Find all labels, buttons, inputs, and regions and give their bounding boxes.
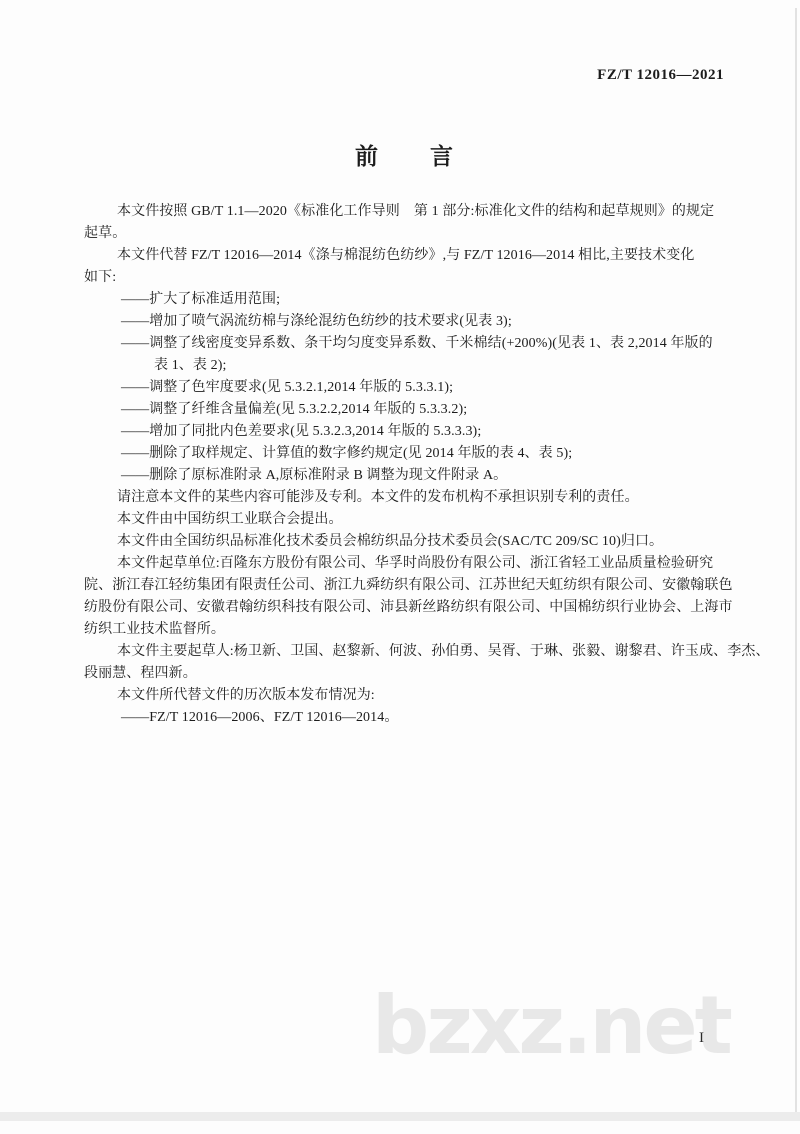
- foreword-body: 本文件按照 GB/T 1.1—2020《标准化工作导则 第 1 部分:标准化文件…: [84, 201, 726, 729]
- foreword-change-item: ——删除了取样规定、计算值的数字修约规定(见 2014 年版的表 4、表 5);: [84, 443, 726, 465]
- foreword-line: 本文件所代替文件的历次版本发布情况为:: [84, 685, 726, 707]
- standard-code: FZ/T 12016—2021: [597, 67, 724, 84]
- foreword-change-item: ——调整了色牢度要求(见 5.3.2.1,2014 年版的 5.3.3.1);: [84, 377, 726, 399]
- foreword-line: 本文件由全国纺织品标准化技术委员会棉纺织品分技术委员会(SAC/TC 209/S…: [84, 531, 726, 553]
- foreword-line: ——FZ/T 12016—2006、FZ/T 12016—2014。: [84, 707, 726, 729]
- foreword-line: 院、浙江春江轻纺集团有限责任公司、浙江九舜纺织有限公司、江苏世纪天虹纺织有限公司…: [84, 575, 726, 597]
- scan-edge-bottom: [0, 1112, 800, 1121]
- foreword-line: 纺股份有限公司、安徽君翰纺织科技有限公司、沛县新丝路纺织有限公司、中国棉纺织行业…: [84, 597, 726, 619]
- foreword-line: 如下:: [84, 267, 726, 289]
- foreword-line: 纺织工业技术监督所。: [84, 619, 726, 641]
- foreword-line: 请注意本文件的某些内容可能涉及专利。本文件的发布机构不承担识别专利的责任。: [84, 487, 726, 509]
- foreword-change-item: ——增加了喷气涡流纺棉与涤纶混纺色纺纱的技术要求(见表 3);: [84, 311, 726, 333]
- foreword-change-item-cont: 表 1、表 2);: [84, 355, 726, 377]
- foreword-change-item: ——删除了原标准附录 A,原标准附录 B 调整为现文件附录 A。: [84, 465, 726, 487]
- page-title: 前 言: [84, 138, 726, 171]
- document-page: FZ/T 12016—2021 前 言 本文件按照 GB/T 1.1—2020《…: [0, 0, 800, 1134]
- foreword-line: 本文件由中国纺织工业联合会提出。: [84, 509, 726, 531]
- foreword-line: 段丽慧、程四新。: [84, 663, 726, 685]
- scan-edge-right: [795, 8, 797, 1112]
- page-number: I: [699, 1030, 704, 1047]
- foreword-line: 本文件主要起草人:杨卫新、卫国、赵黎新、何波、孙伯勇、吴胥、于琳、张毅、谢黎君、…: [84, 641, 726, 663]
- foreword-line: 本文件按照 GB/T 1.1—2020《标准化工作导则 第 1 部分:标准化文件…: [84, 201, 726, 223]
- foreword-line: 起草。: [84, 223, 726, 245]
- foreword-line: 本文件起草单位:百隆东方股份有限公司、华孚时尚股份有限公司、浙江省轻工业品质量检…: [84, 553, 726, 575]
- foreword-change-item: ——增加了同批内色差要求(见 5.3.2.3,2014 年版的 5.3.3.3)…: [84, 421, 726, 443]
- foreword-change-item: ——调整了纤维含量偏差(见 5.3.2.2,2014 年版的 5.3.3.2);: [84, 399, 726, 421]
- foreword-line: 本文件代替 FZ/T 12016—2014《涤与棉混纺色纺纱》,与 FZ/T 1…: [84, 245, 726, 267]
- watermark-text: bzxz.net: [372, 986, 730, 1066]
- foreword-change-item: ——扩大了标准适用范围;: [84, 289, 726, 311]
- foreword-change-item: ——调整了线密度变异系数、条干均匀度变异系数、千米棉结(+200%)(见表 1、…: [84, 333, 726, 355]
